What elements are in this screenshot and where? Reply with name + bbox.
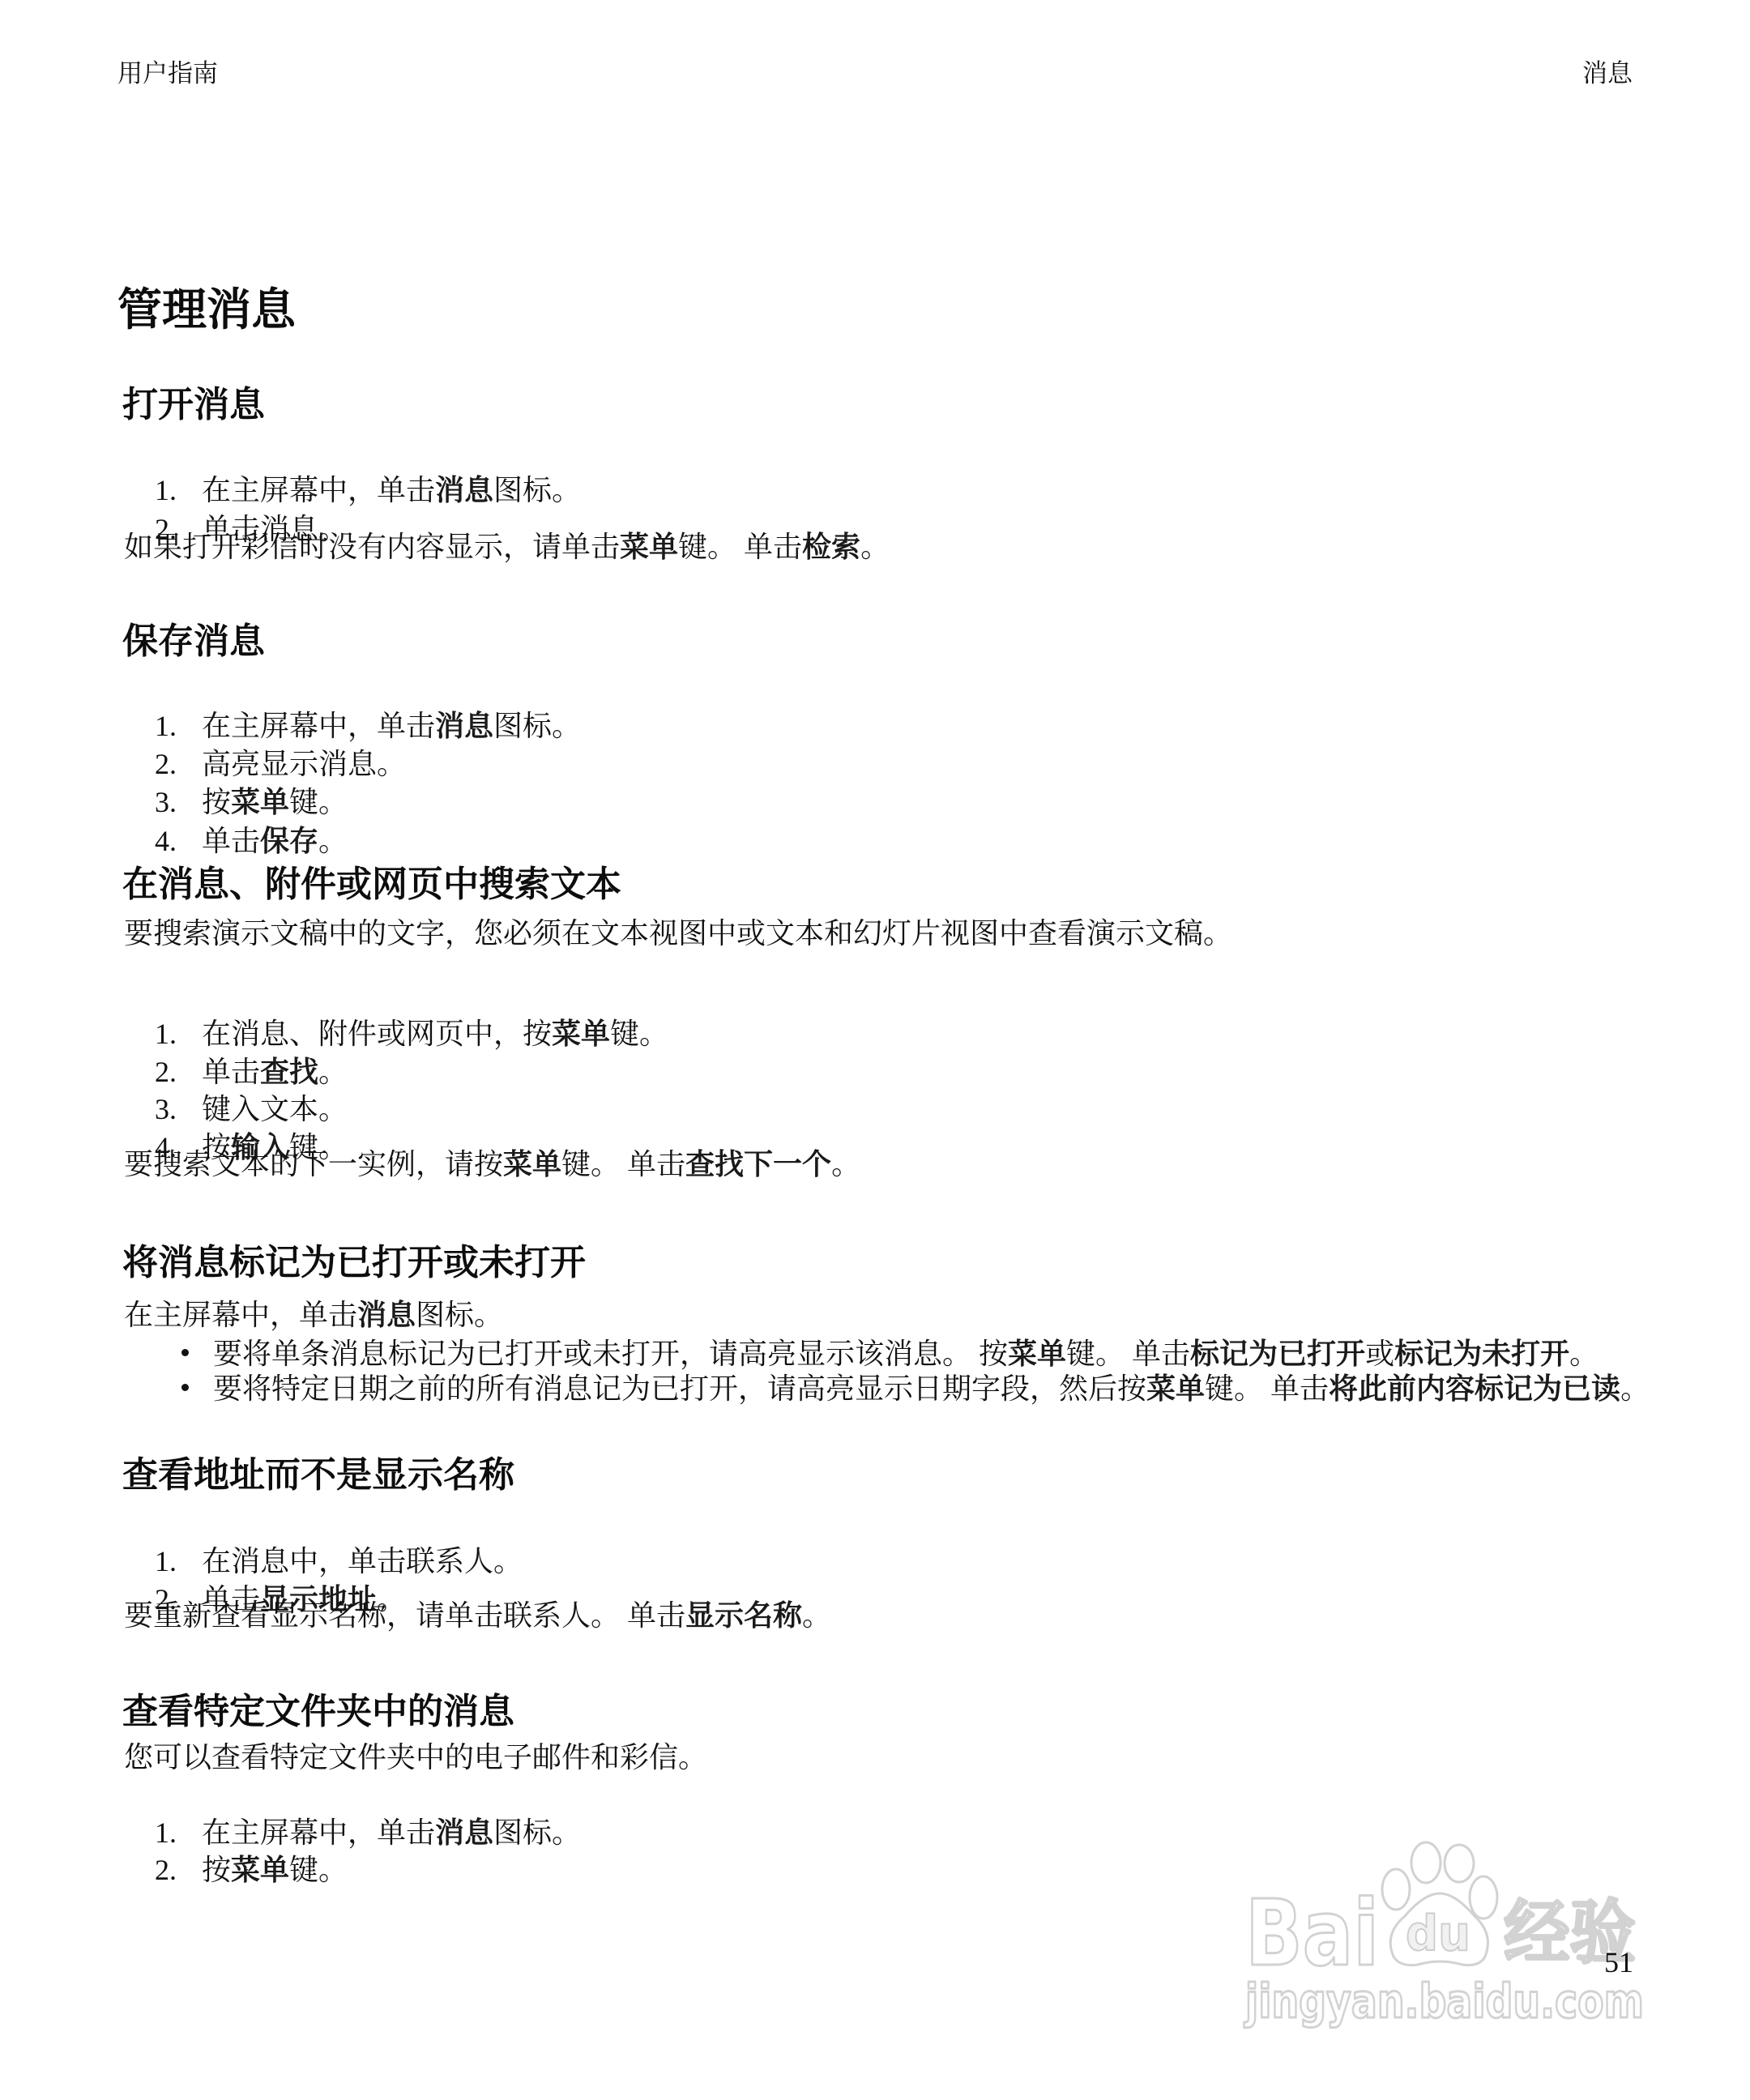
ui-term: 标记为未打开 (1394, 1338, 1569, 1371)
document-page: 用户指南 消息 管理消息 打开消息 1.在主屏幕中，单击消息图标。 2.单击消息… (0, 0, 1750, 2100)
ui-term: 消息 (435, 474, 493, 507)
note-text: 。 (860, 531, 890, 563)
step-text: 单击 (202, 825, 260, 857)
bullet-icon (180, 1370, 213, 1407)
step-text: 图标。 (493, 1816, 581, 1849)
section-heading: 打开消息 (122, 382, 265, 428)
bullet-text: 。 (1569, 1338, 1598, 1370)
intro-text: 图标。 (416, 1299, 503, 1331)
ui-term: 标记为已打开 (1190, 1338, 1365, 1371)
step-number: 4. (155, 822, 202, 860)
ui-term: 菜单 (1146, 1372, 1205, 1406)
note-text: 。 (802, 1599, 831, 1632)
note-paragraph: 如果打开彩信时没有内容显示，请单击菜单键。 单击检索。 (124, 528, 890, 566)
step-text: 键。 (289, 1854, 348, 1886)
section-heading: 保存消息 (122, 619, 265, 664)
ui-term: 将此前内容标记为已读 (1329, 1372, 1620, 1406)
bullet-text: 要将特定日期之前的所有消息记为已打开，请高亮显示日期字段，然后按 (213, 1372, 1146, 1405)
intro-paragraph: 要搜索演示文稿中的文字，您必须在文本视图中或文本和幻灯片视图中查看演示文稿。 (124, 915, 1232, 952)
ui-term: 检索 (802, 531, 860, 564)
bullet-item: 要将单条消息标记为已打开或未打开，请高亮显示该消息。 按菜单键。 单击标记为已打… (180, 1335, 1598, 1373)
page-title: 管理消息 (117, 283, 296, 336)
ui-term: 菜单 (503, 1148, 561, 1181)
note-paragraph: 要搜索文本的下一实例，请按菜单键。 单击查找下一个。 (124, 1146, 860, 1184)
intro-paragraph: 您可以查看特定文件夹中的电子邮件和彩信。 (124, 1739, 707, 1776)
bullet-text: 键。 单击 (1205, 1372, 1329, 1405)
bullet-text: 。 (1620, 1372, 1650, 1405)
note-text: 如果打开彩信时没有内容显示，请单击 (124, 531, 620, 563)
page-number: 51 (1604, 1944, 1633, 1980)
ui-term: 菜单 (231, 1854, 289, 1887)
section-heading: 在消息、附件或网页中搜索文本 (122, 862, 621, 907)
note-text: 。 (831, 1148, 860, 1180)
note-text: 键。 单击 (678, 531, 802, 563)
note-text: 要重新查看显示名称，请单击联系人。 单击 (124, 1599, 685, 1632)
ui-term: 菜单 (552, 1018, 610, 1051)
intro-text: 要搜索演示文稿中的文字，您必须在文本视图中或文本和幻灯片视图中查看演示文稿。 (124, 917, 1232, 950)
bullet-text: 键。 单击 (1066, 1338, 1190, 1370)
note-text: 键。 单击 (561, 1148, 685, 1180)
step-text: 。 (318, 825, 348, 857)
bullet-item: 要将特定日期之前的所有消息记为已打开，请高亮显示日期字段，然后按菜单键。 单击将… (180, 1370, 1650, 1408)
bullet-text: 或 (1365, 1338, 1394, 1370)
step-text: 图标。 (493, 710, 581, 742)
section-heading: 将消息标记为已打开或未打开 (122, 1240, 586, 1286)
watermark-brand-paw: du (1406, 1906, 1470, 1962)
step-number: 2. (155, 1851, 202, 1889)
header-chapter: 消息 (1582, 59, 1633, 88)
intro-paragraph: 在主屏幕中，单击消息图标。 (124, 1296, 503, 1334)
ui-term: 显示名称 (685, 1599, 802, 1633)
ui-term: 消息 (357, 1299, 416, 1332)
step-text: 键。 (610, 1018, 668, 1050)
baidu-jingyan-watermark: Bai du 经验 jingyan.baidu.com (1240, 1835, 1653, 2038)
bullet-icon (180, 1335, 213, 1372)
ui-term: 菜单 (620, 531, 678, 564)
ui-term: 菜单 (1008, 1338, 1066, 1371)
bullet-text: 要将单条消息标记为已打开或未打开，请高亮显示该消息。 按 (213, 1338, 1008, 1370)
intro-text: 您可以查看特定文件夹中的电子邮件和彩信。 (124, 1741, 707, 1773)
ui-term: 消息 (435, 1816, 493, 1850)
watermark-brand-latin: Bai (1245, 1881, 1379, 1987)
step: 2.按菜单键。 (126, 1814, 348, 1927)
intro-text: 在主屏幕中，单击 (124, 1299, 357, 1331)
header-doc-title: 用户指南 (117, 59, 218, 88)
ui-term: 保存 (260, 825, 318, 858)
note-paragraph: 要重新查看显示名称，请单击联系人。 单击显示名称。 (124, 1597, 831, 1635)
ui-term: 消息 (435, 710, 493, 743)
ui-term: 查找下一个 (685, 1148, 831, 1181)
section-heading: 查看地址而不是显示名称 (122, 1453, 514, 1498)
step-text: 图标。 (493, 474, 581, 506)
section-heading: 查看特定文件夹中的消息 (122, 1689, 514, 1735)
step-text: 按 (202, 1854, 231, 1886)
note-text: 要搜索文本的下一实例，请按 (124, 1148, 503, 1180)
watermark-url: jingyan.baidu.com (1244, 1974, 1644, 2029)
